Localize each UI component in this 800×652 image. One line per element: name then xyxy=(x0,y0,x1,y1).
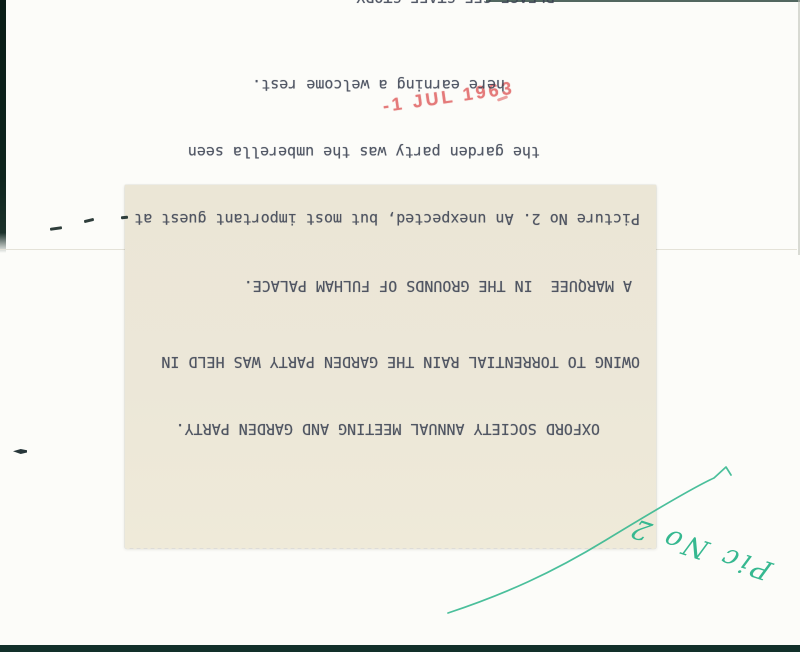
caption-line: the garden party was the umberella seen xyxy=(125,143,540,161)
caption-line: here earning a welcome rest. xyxy=(125,76,505,94)
caption-line: A MARQUEE IN THE GROUNDS OF FULHAM PALAC… xyxy=(125,277,632,295)
typed-caption: OXFORD SOCIETY ANNUAL MEETING AND GARDEN… xyxy=(125,185,656,548)
paper-seam-left xyxy=(0,249,126,250)
caption-line: OXFORD SOCIETY ANNUAL MEETING AND GARDEN… xyxy=(125,420,600,438)
photo-back-scan: -1 JUL 1963 OXFORD SOCIETY ANNUAL MEETIN… xyxy=(0,0,800,652)
caption-line: PLEASE SEE STAFF STORY. xyxy=(125,0,555,6)
caption-line: OWING TO TORRENTIAL RAIN THE GARDEN PART… xyxy=(125,353,640,371)
pen-tick xyxy=(50,226,62,231)
photo-left-edge xyxy=(0,0,6,253)
paper-seam-right xyxy=(656,249,797,250)
pen-tick xyxy=(84,218,94,223)
caption-line: Picture No 2. An unexpected, but most im… xyxy=(125,210,640,228)
photo-bottom-edge xyxy=(0,645,800,652)
caption-card: OXFORD SOCIETY ANNUAL MEETING AND GARDEN… xyxy=(125,185,656,548)
ink-speck xyxy=(13,449,27,454)
